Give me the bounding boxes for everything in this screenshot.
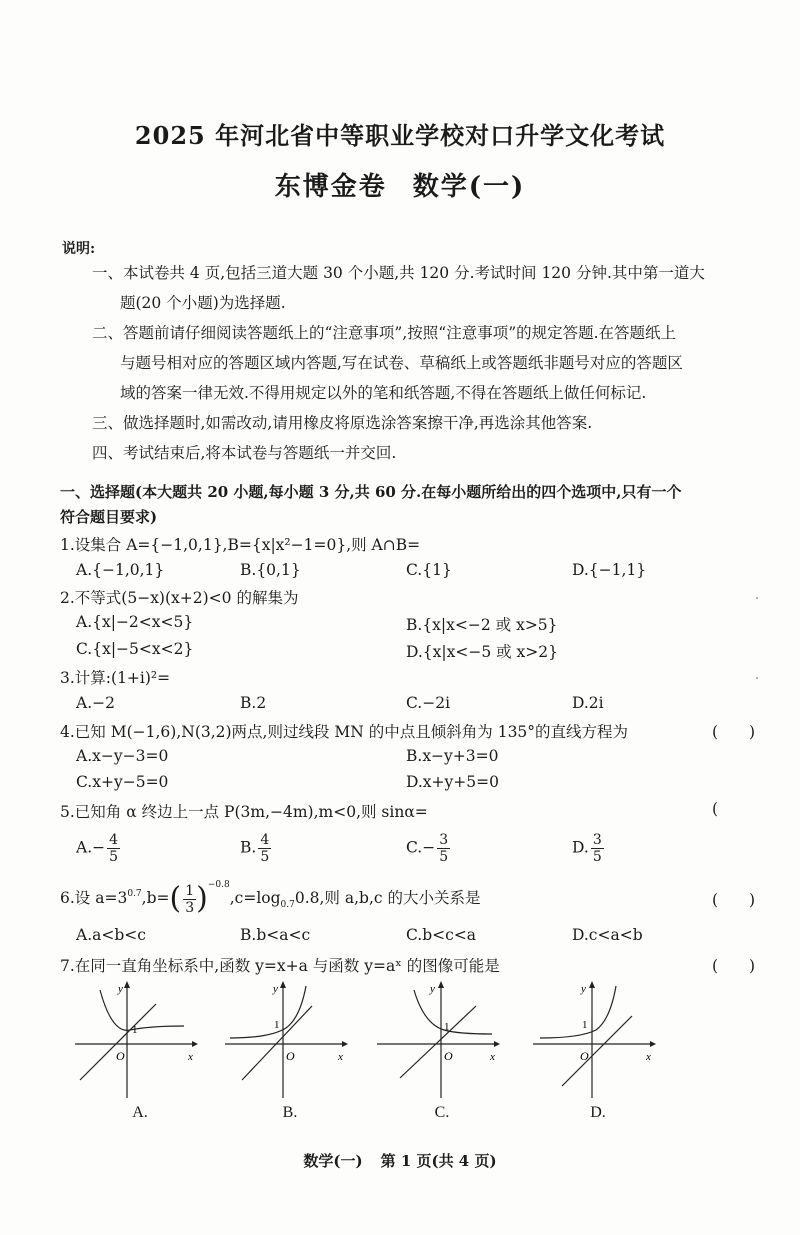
svg-text:1: 1 [582, 1019, 588, 1031]
q3-option-d[interactable]: D.2i [572, 694, 604, 712]
graph-b-plot: y x O 1 [220, 978, 360, 1102]
subtitle-series: 东博金卷 [275, 172, 387, 202]
notes-label: 说明: [62, 238, 95, 258]
question-stem: 设集合 A={−1,0,1},B={x|x²−1=0},则 A∩B= [75, 536, 420, 554]
graph-d-label: D. [528, 1104, 668, 1122]
fraction: 45 [258, 832, 271, 865]
scan-speck [756, 677, 758, 679]
svg-text:x: x [187, 1051, 193, 1063]
graph-d-plot: y x O 1 [528, 978, 668, 1102]
note-4: 四、考试结束后,将本试卷与答题纸一并交回. [92, 438, 396, 468]
graph-c-plot: y x O 1 [372, 978, 512, 1102]
graph-a-plot: y x O 1 [70, 978, 210, 1102]
q3-option-a[interactable]: A.−2 [76, 694, 115, 712]
fraction: 35 [591, 832, 604, 865]
svg-text:1: 1 [444, 1021, 450, 1033]
svg-text:y: y [117, 983, 123, 995]
q4-option-b[interactable]: B.x−y+3=0 [406, 747, 499, 765]
question-number: 7. [60, 957, 75, 975]
svg-text:x: x [645, 1051, 651, 1063]
footer-page-number: 第 1 页(共 4 页) [381, 1152, 497, 1170]
section-heading-line1: 一、选择题(本大题共 20 小题,每小题 3 分,共 60 分.在每小题所给出的… [60, 481, 682, 502]
question-number: 6. [60, 889, 75, 907]
q1-option-b[interactable]: B.{0,1} [240, 561, 301, 579]
svg-text:1: 1 [274, 1019, 280, 1031]
note-1-line1: 一、本试卷共 4 页,包括三道大题 30 个小题,共 120 分.考试时间 12… [92, 258, 705, 288]
q7-option-b-graph[interactable]: y x O 1 B. [220, 978, 360, 1128]
q5-answer-paren[interactable]: ( [712, 800, 718, 818]
q5-option-a[interactable]: A.−45 [76, 832, 120, 865]
question-stem: 计算:(1+i)²= [75, 669, 170, 687]
svg-text:y: y [580, 983, 586, 995]
q3-option-c[interactable]: C.−2i [406, 694, 450, 712]
question-number: 4. [60, 723, 75, 741]
q6-answer-paren[interactable]: ( ) [712, 888, 755, 910]
graph-a-label: A. [70, 1104, 210, 1122]
note-2-line3: 域的答案一律无效.不得用规定以外的笔和纸答题,不得在答题纸上做任何标记. [120, 378, 646, 408]
question-number: 3. [60, 669, 75, 687]
fraction: 45 [107, 832, 120, 865]
svg-text:y: y [429, 983, 435, 995]
graph-b-label: B. [220, 1104, 360, 1122]
question-6: 6.设 a=30.7,b=(13)−0.8,c=log0.70.8,则 a,b,… [60, 880, 481, 916]
question-stem: 已知角 α 终边上一点 P(3m,−4m),m<0,则 sinα= [75, 803, 428, 821]
question-4: 4.已知 M(−1,6),N(3,2)两点,则过线段 MN 的中点且倾斜角为 1… [60, 720, 628, 742]
question-3: 3.计算:(1+i)²= [60, 666, 170, 688]
section-heading-line2: 符合题目要求) [60, 506, 157, 527]
q5-option-b[interactable]: B.45 [240, 832, 271, 865]
q3-option-b[interactable]: B.2 [240, 694, 266, 712]
question-number: 1. [60, 536, 75, 554]
fraction: 13 [183, 883, 196, 916]
q4-option-d[interactable]: D.x+y+5=0 [406, 773, 499, 791]
q2-option-d[interactable]: D.{x|x<−5 或 x>2} [406, 640, 558, 662]
q6-option-c[interactable]: C.b<c<a [406, 926, 476, 944]
q4-option-c[interactable]: C.x+y−5=0 [76, 773, 168, 791]
q1-option-a[interactable]: A.{−1,0,1} [76, 561, 164, 579]
question-5: 5.已知角 α 终边上一点 P(3m,−4m),m<0,则 sinα= [60, 800, 428, 822]
svg-text:O: O [444, 1049, 453, 1063]
note-2-line2: 与题号相对应的答题区域内答题,写在试卷、草稿纸上或答题纸非题号对应的答题区 [120, 348, 683, 378]
svg-text:O: O [580, 1049, 589, 1063]
exam-title: 2025 年河北省中等职业学校对口升学文化考试 [0, 116, 800, 151]
q6-option-d[interactable]: D.c<a<b [572, 926, 643, 944]
note-2-line1: 二、答题前请仔细阅读答题纸上的“注意事项”,按照“注意事项”的规定答题.在答题纸… [92, 318, 676, 348]
svg-text:1: 1 [132, 1024, 138, 1036]
q2-option-b[interactable]: B.{x|x<−2 或 x>5} [406, 613, 558, 635]
q7-option-d-graph[interactable]: y x O 1 D. [528, 978, 668, 1128]
q7-option-c-graph[interactable]: y x O 1 C. [372, 978, 512, 1128]
q7-answer-paren[interactable]: ( ) [712, 954, 755, 976]
note-1-line2: 题(20 个小题)为选择题. [120, 288, 286, 318]
question-stem: 在同一直角坐标系中,函数 y=x+a 与函数 y=aˣ 的图像可能是 [75, 957, 500, 975]
q1-option-c[interactable]: C.{1} [406, 561, 452, 579]
question-number: 2. [60, 589, 75, 607]
q4-answer-paren[interactable]: ( ) [712, 720, 755, 742]
q1-option-d[interactable]: D.{−1,1} [572, 561, 646, 579]
footer-subject: 数学(一) [303, 1152, 362, 1170]
svg-text:y: y [272, 983, 278, 995]
q5-option-d[interactable]: D.35 [572, 832, 604, 865]
svg-text:x: x [337, 1051, 343, 1063]
scan-speck [756, 597, 758, 599]
question-7: 7.在同一直角坐标系中,函数 y=x+a 与函数 y=aˣ 的图像可能是 [60, 954, 500, 976]
subtitle-subject: 数学(一) [413, 172, 526, 202]
question-2: 2.不等式(5−x)(x+2)<0 的解集为 [60, 586, 298, 608]
graph-c-label: C. [372, 1104, 512, 1122]
question-number: 5. [60, 803, 75, 821]
q4-option-a[interactable]: A.x−y−3=0 [76, 747, 168, 765]
q2-option-c[interactable]: C.{x|−5<x<2} [76, 640, 193, 658]
question-stem: 不等式(5−x)(x+2)<0 的解集为 [75, 589, 299, 607]
fraction: 35 [437, 832, 450, 865]
svg-text:x: x [489, 1051, 495, 1063]
exam-subtitle: 东博金卷数学(一) [0, 166, 800, 203]
q5-option-c[interactable]: C.−35 [406, 832, 450, 865]
note-3: 三、做选择题时,如需改动,请用橡皮将原选涂答案擦干净,再选涂其他答案. [92, 408, 592, 438]
q7-option-a-graph[interactable]: y x O 1 A. [70, 978, 210, 1128]
question-stem: 已知 M(−1,6),N(3,2)两点,则过线段 MN 的中点且倾斜角为 135… [75, 723, 628, 741]
page-footer: 数学(一)第 1 页(共 4 页) [0, 1150, 800, 1171]
question-1: 1.设集合 A={−1,0,1},B={x|x²−1=0},则 A∩B= [60, 533, 420, 555]
q2-option-a[interactable]: A.{x|−2<x<5} [76, 613, 193, 631]
q6-option-b[interactable]: B.b<a<c [240, 926, 310, 944]
svg-text:O: O [286, 1049, 295, 1063]
svg-text:O: O [116, 1049, 125, 1063]
q6-option-a[interactable]: A.a<b<c [76, 926, 146, 944]
